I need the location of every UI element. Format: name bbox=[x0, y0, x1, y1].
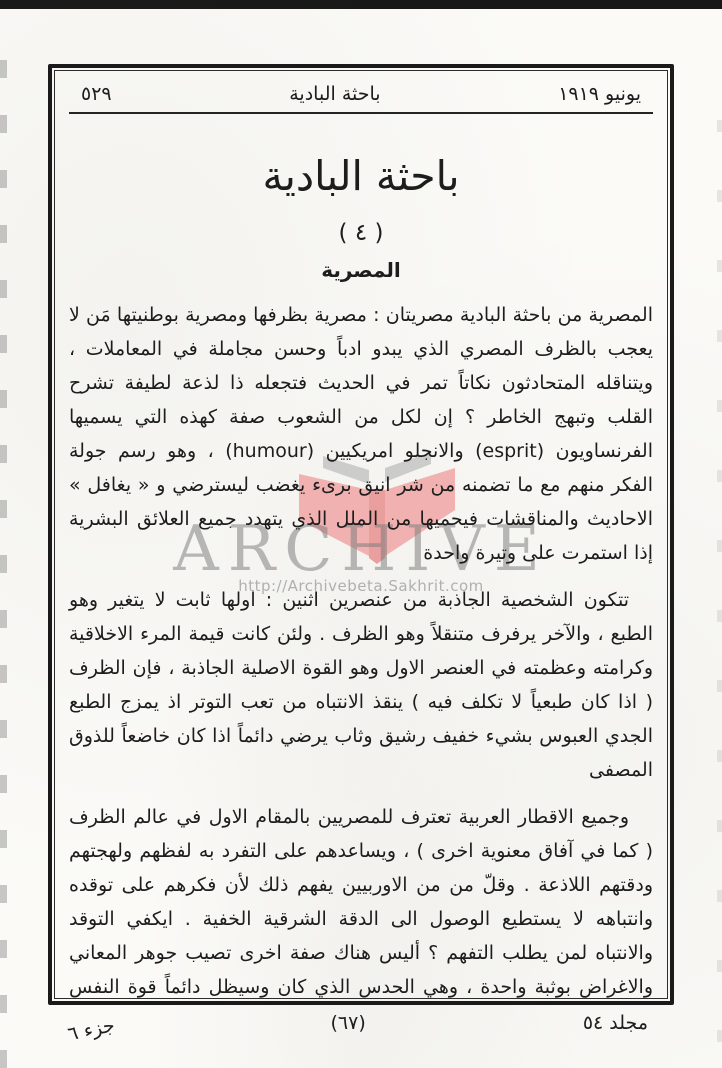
scan-top-edge-bar bbox=[0, 0, 722, 9]
paragraph-3: وجميع الاقطار العربية تعترف للمصريين بال… bbox=[69, 800, 653, 999]
footer-page-number: (٦٧) bbox=[331, 1012, 366, 1034]
page-content-area: يونيو ١٩١٩ باحثة البادية ٥٢٩ باحثة الباد… bbox=[54, 70, 668, 999]
article-section-number: ( ٤ ) bbox=[67, 220, 655, 246]
header-issue-date: يونيو ١٩١٩ bbox=[558, 83, 641, 105]
article-body: المصرية من باحثة البادية مصريتان : مصرية… bbox=[67, 298, 655, 999]
header-page-number: ٥٢٩ bbox=[81, 83, 112, 105]
header-running-title: باحثة البادية bbox=[289, 83, 380, 105]
scanned-journal-page: { "header": { "date": "يونيو ١٩١٩", "run… bbox=[0, 0, 722, 1068]
article-title: باحثة البادية bbox=[67, 152, 655, 200]
footer-volume-number: مجلد ٥٤ bbox=[583, 1012, 648, 1034]
article-subtitle: المصرية bbox=[67, 258, 655, 282]
paragraph-1: المصرية من باحثة البادية مصريتان : مصرية… bbox=[69, 298, 653, 570]
footer-part-number: جزء ٦ bbox=[66, 1014, 117, 1045]
page-border-frame: يونيو ١٩١٩ باحثة البادية ٥٢٩ باحثة الباد… bbox=[48, 64, 674, 1005]
paragraph-2: تتكون الشخصية الجاذبة من عنصرين اثنين : … bbox=[69, 583, 653, 787]
running-header: يونيو ١٩١٩ باحثة البادية ٥٢٩ bbox=[67, 79, 655, 105]
page-footer: مجلد ٥٤ (٦٧) جزء ٦ bbox=[48, 1008, 666, 1038]
header-rule bbox=[69, 112, 653, 114]
